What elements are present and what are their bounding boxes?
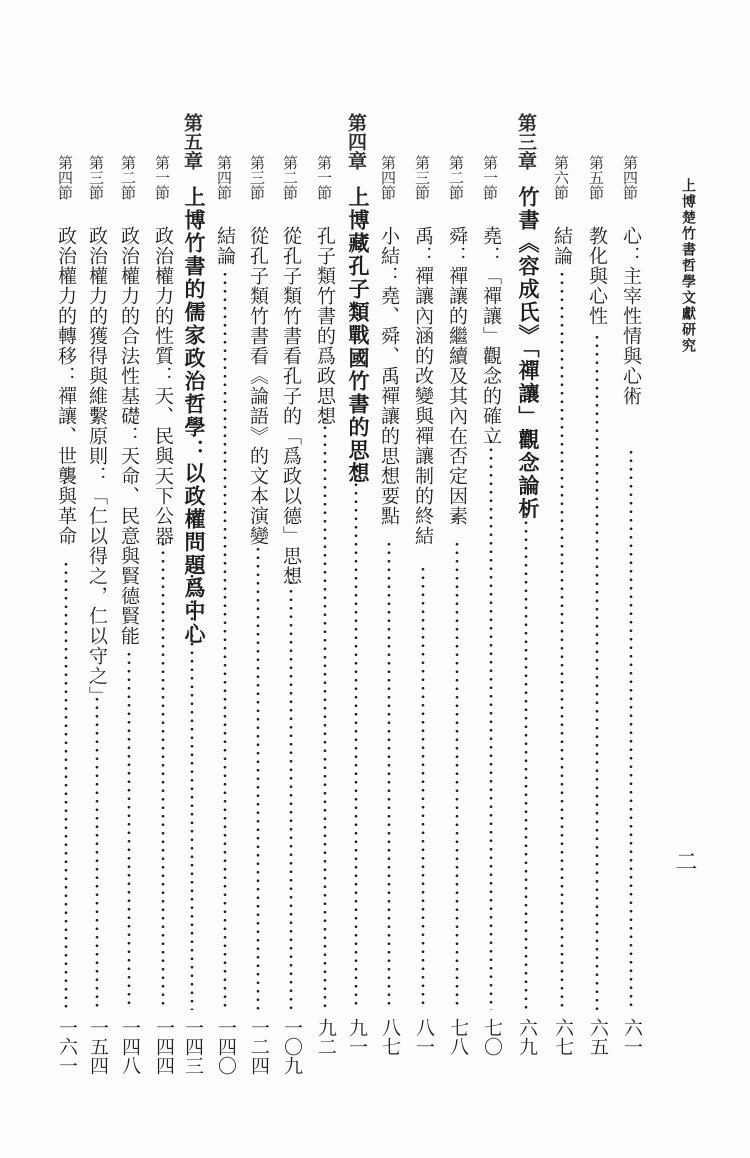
entry-page-number: 七〇 <box>481 1018 503 1056</box>
entry-title: 從孔子類竹書看《論語》的文本演變 <box>245 226 272 546</box>
toc-section-entry[interactable]: 第二節政治權力的合法性基礎：天命、民意與賢德賢能一四八 <box>116 0 144 1158</box>
entry-page-number: 九一 <box>346 1018 368 1056</box>
entry-label: 第二節 <box>280 155 301 200</box>
entry-page-number: 九二 <box>315 1018 337 1056</box>
entry-page-number: 一四八 <box>119 1018 141 1075</box>
dot-leader <box>560 270 564 1010</box>
dot-leader <box>489 437 493 1010</box>
entry-label: 第四節 <box>214 155 235 200</box>
toc-section-entry[interactable]: 第三節從孔子類竹書看《論語》的文本演變一二四 <box>245 0 273 1158</box>
entry-label: 第五章 <box>179 113 206 170</box>
entry-label: 第四節 <box>378 155 399 200</box>
toc-section-entry[interactable]: 第四節結論一四〇 <box>212 0 240 1158</box>
toc-section-entry[interactable]: 第二節舜：禪讓的繼續及其內在否定因素七八 <box>444 0 472 1158</box>
entry-page-number: 一四〇 <box>215 1018 237 1075</box>
entry-label: 第五節 <box>586 155 607 200</box>
toc-section-entry[interactable]: 第一節政治權力的性質：天、民與天下公器一四四 <box>150 0 178 1158</box>
entry-label: 第三章 <box>513 113 540 170</box>
entry-title: 竹書《容成氏》「禪讓」觀念論析 <box>513 186 543 521</box>
toc-section-entry[interactable]: 第四節小結：堯、舜、禹禪讓的思想要點八七 <box>376 0 404 1158</box>
entry-label: 第四節 <box>55 155 76 200</box>
entry-label: 第三節 <box>412 155 433 200</box>
dot-leader <box>161 540 165 1010</box>
dot-leader <box>323 415 327 1010</box>
toc-chapter-entry[interactable]: 第五章上博竹書的儒家政治哲學：以政權問題爲中心一四三 <box>179 0 207 1158</box>
dot-leader <box>354 455 358 1010</box>
toc-section-entry[interactable]: 第一節堯：「禪讓」觀念的確立七〇 <box>478 0 506 1158</box>
book-page: 上博楚竹書哲學文獻研究 二 第四節心：主宰性情與心術六一第五節教化與心性六五第六… <box>0 0 750 1158</box>
entry-title: 教化與心性 <box>584 226 611 326</box>
dot-leader <box>421 565 425 1010</box>
entry-title: 從孔子類竹書看孔子的「爲政以德」思想 <box>278 226 305 586</box>
entry-page-number: 一六一 <box>56 1018 78 1075</box>
dot-leader <box>64 560 68 1010</box>
entry-title: 心：主宰性情與心術 <box>618 226 645 406</box>
entry-page-number: 一〇九 <box>281 1018 303 1075</box>
dot-leader <box>387 540 391 1010</box>
entry-title: 上博藏孔子類戰國竹書的思想 <box>343 186 373 485</box>
entry-label: 第四章 <box>343 113 370 170</box>
entry-title: 政治權力的性質：天、民與天下公器 <box>150 226 177 546</box>
toc-section-entry[interactable]: 第二節從孔子類竹書看孔子的「爲政以德」思想一〇九 <box>278 0 306 1158</box>
toc-section-entry[interactable]: 第三節政治權力的獲得與維繫原則：「仁以得之，仁以守之」一五四 <box>84 0 112 1158</box>
toc-section-entry[interactable]: 第四節政治權力的轉移：禪讓、世襲與革命一六一 <box>53 0 81 1158</box>
dot-leader <box>524 510 528 1010</box>
entry-label: 第一節 <box>152 155 173 200</box>
entry-page-number: 八一 <box>413 1018 435 1056</box>
entry-label: 第三節 <box>247 155 268 200</box>
dot-leader <box>95 695 99 1010</box>
entry-page-number: 八七 <box>379 1018 401 1056</box>
dot-leader <box>455 540 459 1010</box>
entry-page-number: 一四三 <box>182 1018 204 1075</box>
dot-leader <box>223 270 227 1010</box>
entry-title: 孔子類竹書的爲政思想 <box>312 226 339 426</box>
entry-title: 政治權力的轉移：禪讓、世襲與革命 <box>53 226 80 546</box>
dot-leader <box>190 572 194 1010</box>
toc-section-entry[interactable]: 第一節孔子類竹書的爲政思想九二 <box>312 0 340 1158</box>
entry-label: 第三節 <box>86 155 107 200</box>
entry-title: 政治權力的合法性基礎：天命、民意與賢德賢能 <box>116 226 143 646</box>
entry-page-number: 一二四 <box>248 1018 270 1075</box>
toc-section-entry[interactable]: 第六節結論六七 <box>549 0 577 1158</box>
dot-leader <box>127 650 131 1010</box>
entry-label: 第二節 <box>446 155 467 200</box>
entry-page-number: 六五 <box>587 1018 609 1056</box>
toc-chapter-entry[interactable]: 第三章竹書《容成氏》「禪讓」觀念論析六九 <box>513 0 541 1158</box>
entry-label: 第二節 <box>118 155 139 200</box>
entry-page-number: 一四四 <box>153 1018 175 1075</box>
entry-title: 結論 <box>549 226 576 266</box>
entry-title: 政治權力的獲得與維繫原則：「仁以得之，仁以守之」 <box>84 226 111 706</box>
entry-page-number: 六一 <box>621 1018 643 1056</box>
toc-section-entry[interactable]: 第五節教化與心性六五 <box>584 0 612 1158</box>
entry-title: 結論 <box>212 226 239 266</box>
running-header: 上博楚竹書哲學文獻研究 <box>678 178 698 354</box>
toc-section-entry[interactable]: 第四節心：主宰性情與心術六一 <box>618 0 646 1158</box>
entry-label: 第四節 <box>620 155 641 200</box>
entry-title: 禹：禪讓內涵的改變與禪讓制的終結 <box>410 226 437 546</box>
entry-label: 第一節 <box>314 155 335 200</box>
dot-leader <box>289 570 293 1010</box>
entry-title: 堯：「禪讓」觀念的確立 <box>478 226 505 446</box>
entry-page-number: 六七 <box>552 1018 574 1056</box>
entry-label: 第六節 <box>551 155 572 200</box>
entry-title: 上博竹書的儒家政治哲學：以政權問題爲中心 <box>179 186 209 646</box>
toc-chapter-entry[interactable]: 第四章上博藏孔子類戰國竹書的思想九一 <box>343 0 371 1158</box>
dot-leader <box>629 448 633 1010</box>
entry-page-number: 七八 <box>447 1018 469 1056</box>
entry-label: 第一節 <box>480 155 501 200</box>
dot-leader <box>595 333 599 1010</box>
entry-title: 舜：禪讓的繼續及其內在否定因素 <box>444 226 471 526</box>
toc-section-entry[interactable]: 第三節禹：禪讓內涵的改變與禪讓制的終結八一 <box>410 0 438 1158</box>
entry-page-number: 六九 <box>516 1018 538 1056</box>
entry-title: 小結：堯、舜、禹禪讓的思想要點 <box>376 226 403 526</box>
dot-leader <box>256 545 260 1010</box>
page-folio: 二 <box>676 850 700 872</box>
entry-page-number: 一五四 <box>87 1018 109 1075</box>
